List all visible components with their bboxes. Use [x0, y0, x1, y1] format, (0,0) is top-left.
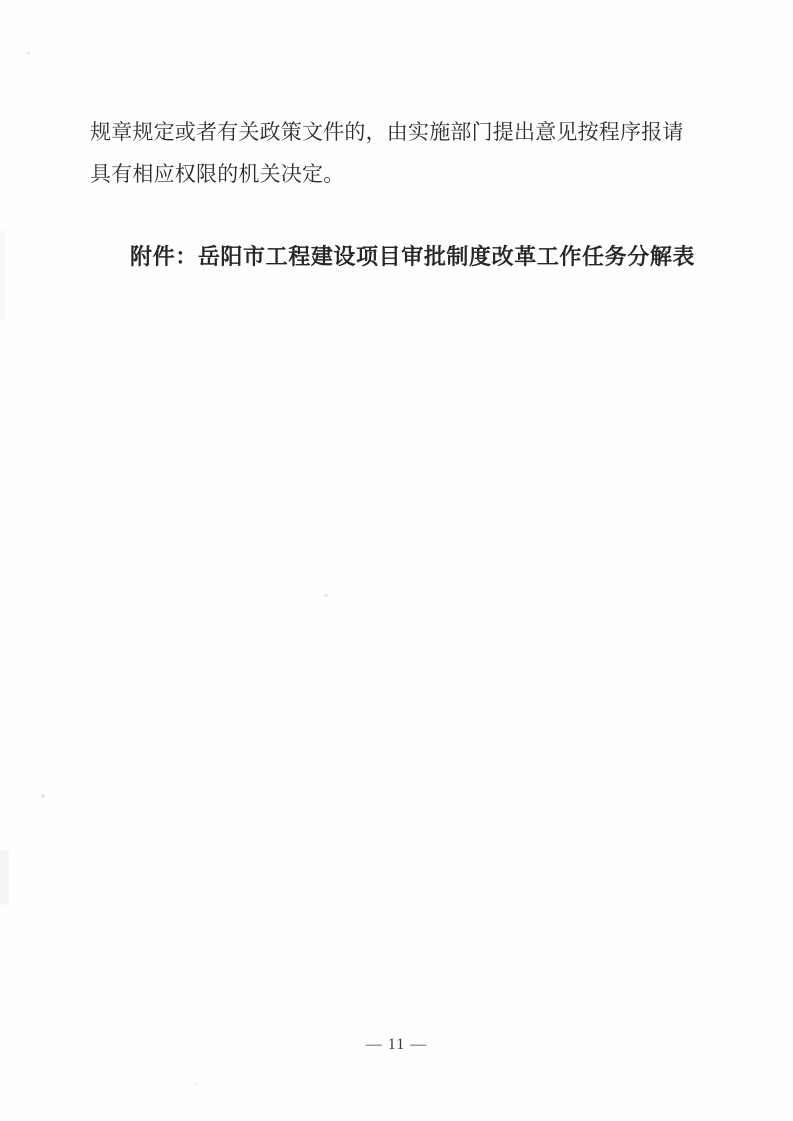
scan-artifact [0, 230, 5, 320]
scan-artifact [41, 794, 45, 798]
scan-artifact [324, 594, 328, 597]
scan-artifact [27, 52, 30, 55]
body-paragraph-line-1: 规章规定或者有关政策文件的，由实施部门提出意见按程序报请 [90, 121, 684, 144]
scan-artifact [0, 850, 9, 905]
scan-artifact [194, 1082, 197, 1085]
attachment-note: 附件：岳阳市工程建设项目审批制度改革工作任务分解表 [130, 244, 695, 269]
document-page: 规章规定或者有关政策文件的，由实施部门提出意见按程序报请 具有相应权限的机关决定… [0, 0, 793, 1121]
attachment-title: 岳阳市工程建设项目审批制度改革工作任务分解表 [198, 244, 695, 269]
page-number: — 11 — [0, 1036, 793, 1054]
attachment-label: 附件： [130, 244, 198, 269]
body-paragraph-line-2: 具有相应权限的机关决定。 [90, 163, 344, 186]
